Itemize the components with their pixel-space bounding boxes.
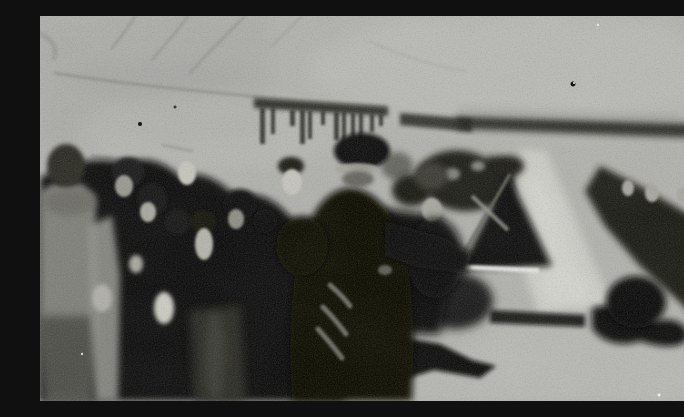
film-grain-dark <box>40 16 684 401</box>
photo-canvas <box>40 16 684 401</box>
archival-photo <box>40 16 684 401</box>
